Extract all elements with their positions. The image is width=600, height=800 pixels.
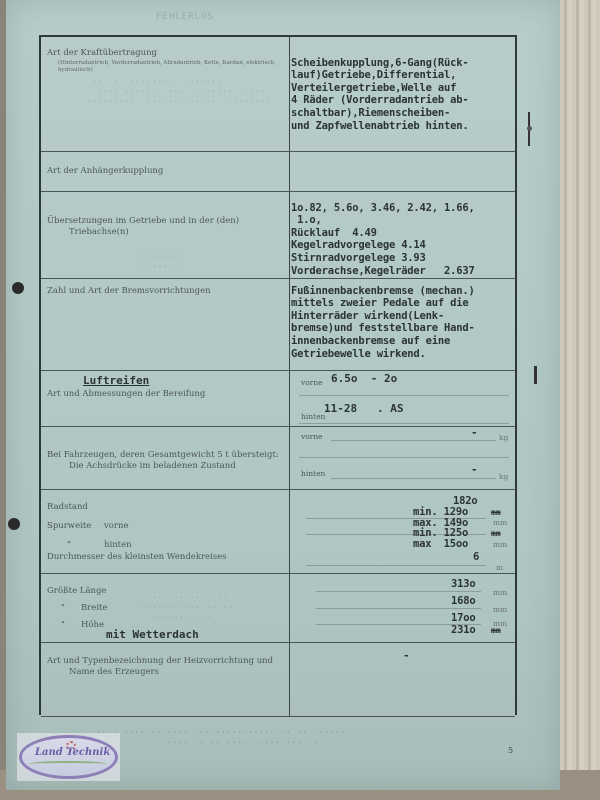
bremsvorrichtungen-label: Zahl und Art der Bremsvorrichtungen: [47, 286, 211, 297]
page-number: 5: [508, 746, 513, 755]
hoehe-label: Höhe: [81, 620, 104, 631]
spur-hinten-max-value: max 15oo: [413, 538, 468, 551]
landtechnik-watermark-logo: Land Technik: [17, 733, 120, 781]
row-anhaengerkupplung: Art der Anhängerkupplung: [41, 152, 515, 192]
wendekreis-value: 6: [473, 551, 479, 564]
punch-hole-top: [12, 282, 24, 294]
heizvorrichtung-value: -: [403, 649, 410, 662]
wendekreis-label: Durchmesser des kleinsten Wendekreises: [47, 552, 227, 563]
achsdruecke-hinten-value: -: [471, 463, 478, 476]
achsdruecke-label-line2: Die Achsdrücke im beladenen Zustand: [69, 461, 236, 472]
radstand-label: Radstand: [47, 502, 88, 513]
row-groesse: Größte Länge " Breite " Höhe mit Wetterd…: [41, 574, 515, 643]
punch-hole-bottom: [8, 518, 20, 530]
spur-hinten-unit-mm: mm: [493, 540, 507, 549]
spurweite-vorne-label: vorne: [104, 521, 129, 532]
wendekreis-unit: m: [496, 563, 503, 572]
spurweite-label: Spurweite: [47, 521, 91, 532]
row-kraftuebertragung: Art der Kraftübertragung (Hinterradantri…: [41, 37, 515, 152]
achsdruecke-label-line1: Bei Fahrzeugen, deren Gesamtgewicht 5 t …: [47, 450, 279, 461]
achsdruecke-vorne-value: -: [471, 426, 478, 439]
row-bereifung: Luftreifen Art und Abmessungen der Berei…: [41, 371, 515, 427]
row-uebersetzungen: Übersetzungen im Getriebe und in der (de…: [41, 192, 515, 279]
uebersetzungen-label-line2: Triebachse(n): [69, 227, 129, 238]
dotted-line: [316, 591, 481, 592]
row-achsdruecke: Bei Fahrzeugen, deren Gesamtgewicht 5 t …: [41, 427, 515, 490]
dotted-line: [316, 608, 481, 609]
staple-mark-lower: [534, 366, 537, 384]
ditto-mark: ": [61, 620, 65, 631]
achsdruecke-hinten-unit: kg: [499, 472, 508, 481]
bereifung-hinten-label: hinten: [301, 411, 325, 422]
breite-label: Breite: [81, 603, 108, 614]
hoehe-wetterdach-value: 231o: [451, 624, 476, 637]
achsdruecke-vorne-unit: kg: [499, 433, 508, 442]
breite-value: 168o: [451, 595, 476, 608]
hoehe-value: 17oo: [451, 612, 476, 625]
uebersetzungen-label-line1: Übersetzungen im Getriebe und in der (de…: [47, 216, 239, 227]
bleedthrough-text: .. . ........ ...... .... ...... ... ...…: [81, 75, 271, 105]
laenge-value: 313o: [451, 578, 476, 591]
header-bleedthrough: FEHLERLOS: [156, 12, 226, 22]
bereifung-typed-heading: Luftreifen: [83, 374, 149, 387]
spur-hinten-unit: mm: [491, 529, 501, 538]
dotted-line: [331, 478, 496, 479]
kraftuebertragung-value: Scheibenkupplung,6-Gang(Rück- lauf)Getri…: [291, 44, 469, 132]
row-bremsvorrichtungen: Zahl und Art der Bremsvorrichtungen Fußi…: [41, 279, 515, 371]
staple-mark: [528, 112, 532, 146]
dotted-line: [331, 440, 496, 441]
heizvorrichtung-label-line2: Name des Erzeugers: [69, 667, 159, 678]
hoehe-wetterdach-unit: mm: [491, 626, 501, 635]
logo-text: Land Technik: [35, 747, 110, 758]
anhaengerkupplung-label: Art der Anhängerkupplung: [47, 166, 163, 177]
row-abmessungen: Radstand Spurweite vorne " hinten Durchm…: [41, 490, 515, 574]
achsdruecke-hinten-label: hinten: [301, 468, 325, 479]
wetterdach-typed: mit Wetterdach: [106, 628, 199, 641]
spur-vorne-unit: mm: [491, 508, 501, 517]
laenge-label: Größte Länge: [47, 586, 106, 597]
uebersetzungen-value: 1o.82, 5.6o, 3.46, 2.42, 1.66, 1.o, Rück…: [291, 189, 475, 277]
bereifung-vorne-label: vorne: [301, 377, 323, 388]
ditto-mark: ": [67, 540, 71, 551]
breite-unit: mm: [493, 605, 507, 614]
bereifung-hinten-value: 11-28 . AS: [324, 402, 403, 415]
spurweite-hinten-label: hinten: [104, 540, 132, 551]
achsdruecke-vorne-label: vorne: [301, 431, 323, 442]
bleedthrough-text: ....... .......: [141, 250, 179, 270]
bleedthrough-text: . .. ....... ... ....... ... .. .. .....…: [141, 591, 233, 621]
dotted-line: [299, 423, 509, 424]
document-page: FEHLERLOS Art der Kraftübertragung (Hint…: [6, 0, 560, 790]
row-heizvorrichtung: Art und Typenbezeichnung der Heizvorrich…: [41, 643, 515, 717]
bottom-bleedthrough: .. . .... .. .... .. ........... .. .. .…: [96, 726, 345, 746]
laenge-unit: mm: [493, 588, 507, 597]
bereifung-vorne-value: 6.5o - 2o: [331, 372, 397, 385]
dotted-line: [299, 395, 509, 396]
wooden-background: [560, 0, 600, 800]
logo-wave: [29, 761, 107, 767]
bremsvorrichtungen-value: Fußinnenbackenbremse (mechan.) mittels z…: [291, 272, 475, 360]
heizvorrichtung-label-line1: Art und Typenbezeichnung der Heizvorrich…: [47, 656, 273, 667]
dotted-line: [299, 457, 509, 458]
dotted-line: [306, 565, 486, 566]
kraftuebertragung-label: Art der Kraftübertragung: [47, 48, 157, 59]
kraftuebertragung-sublabel: (Hinterradantrieb, Vorderradantrieb, All…: [58, 60, 283, 74]
vehicle-spec-form: Art der Kraftübertragung (Hinterradantri…: [39, 35, 517, 715]
bereifung-label: Art und Abmessungen der Bereifung: [47, 389, 205, 400]
spur-unit: mm: [493, 518, 507, 527]
ditto-mark: ": [61, 603, 65, 614]
